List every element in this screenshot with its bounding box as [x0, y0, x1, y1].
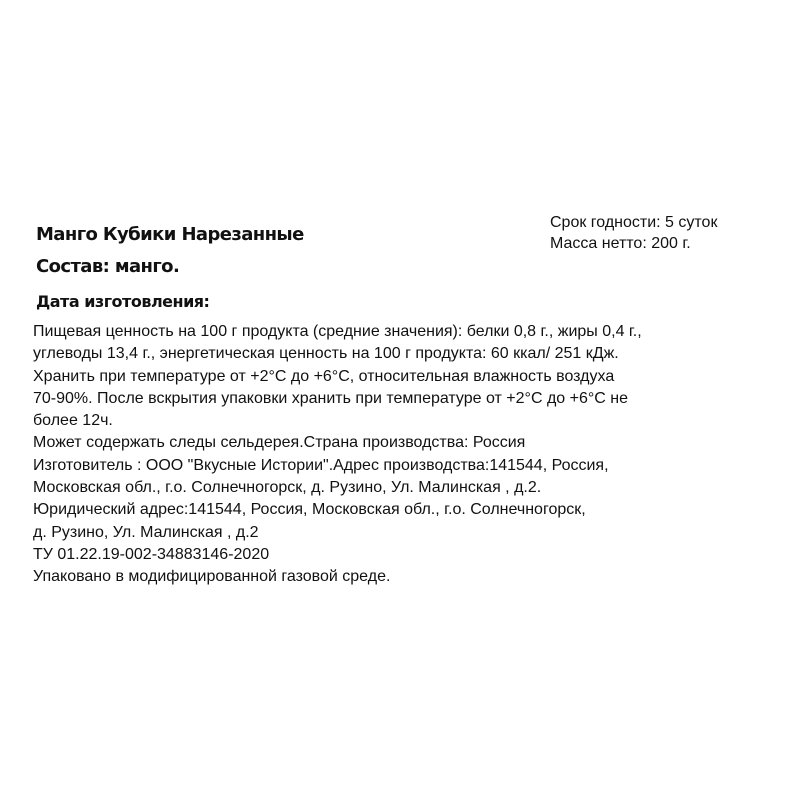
nutrition-line-2: углеводы 13,4 г., энергетическая ценност…	[33, 343, 642, 365]
legal-address-line-2: д. Рузино, Ул. Малинская , д.2	[33, 522, 642, 544]
packaging-line: Упаковано в модифицированной газовой сре…	[33, 566, 642, 588]
manufacturer-line-2: Московская обл., г.о. Солнечногорск, д. …	[33, 477, 642, 499]
storage-line-1: Хранить при температуре от +2°С до +6°С,…	[33, 366, 642, 388]
allergen-origin-line: Может содержать следы сельдерея.Страна п…	[33, 432, 642, 454]
composition: Состав: манго.	[36, 254, 179, 280]
net-weight: Масса нетто: 200 г.	[550, 233, 717, 254]
side-info: Срок годности: 5 суток Масса нетто: 200 …	[550, 212, 717, 254]
nutrition-line-1: Пищевая ценность на 100 г продукта (сред…	[33, 321, 642, 343]
product-label: Манго Кубики Нарезанные Состав: манго. Д…	[0, 0, 800, 800]
label-body-text: Пищевая ценность на 100 г продукта (сред…	[33, 321, 642, 589]
storage-line-3: более 12ч.	[33, 410, 642, 432]
production-date-label: Дата изготовления:	[36, 290, 209, 314]
legal-address-line-1: Юридический адрес:141544, Россия, Москов…	[33, 499, 642, 521]
tech-spec-line: ТУ 01.22.19-002-34883146-2020	[33, 544, 642, 566]
storage-line-2: 70-90%. После вскрытия упаковки хранить …	[33, 388, 642, 410]
product-title: Манго Кубики Нарезанные	[36, 222, 304, 248]
shelf-life: Срок годности: 5 суток	[550, 212, 717, 233]
manufacturer-line-1: Изготовитель : ООО "Вкусные Истории".Адр…	[33, 455, 642, 477]
